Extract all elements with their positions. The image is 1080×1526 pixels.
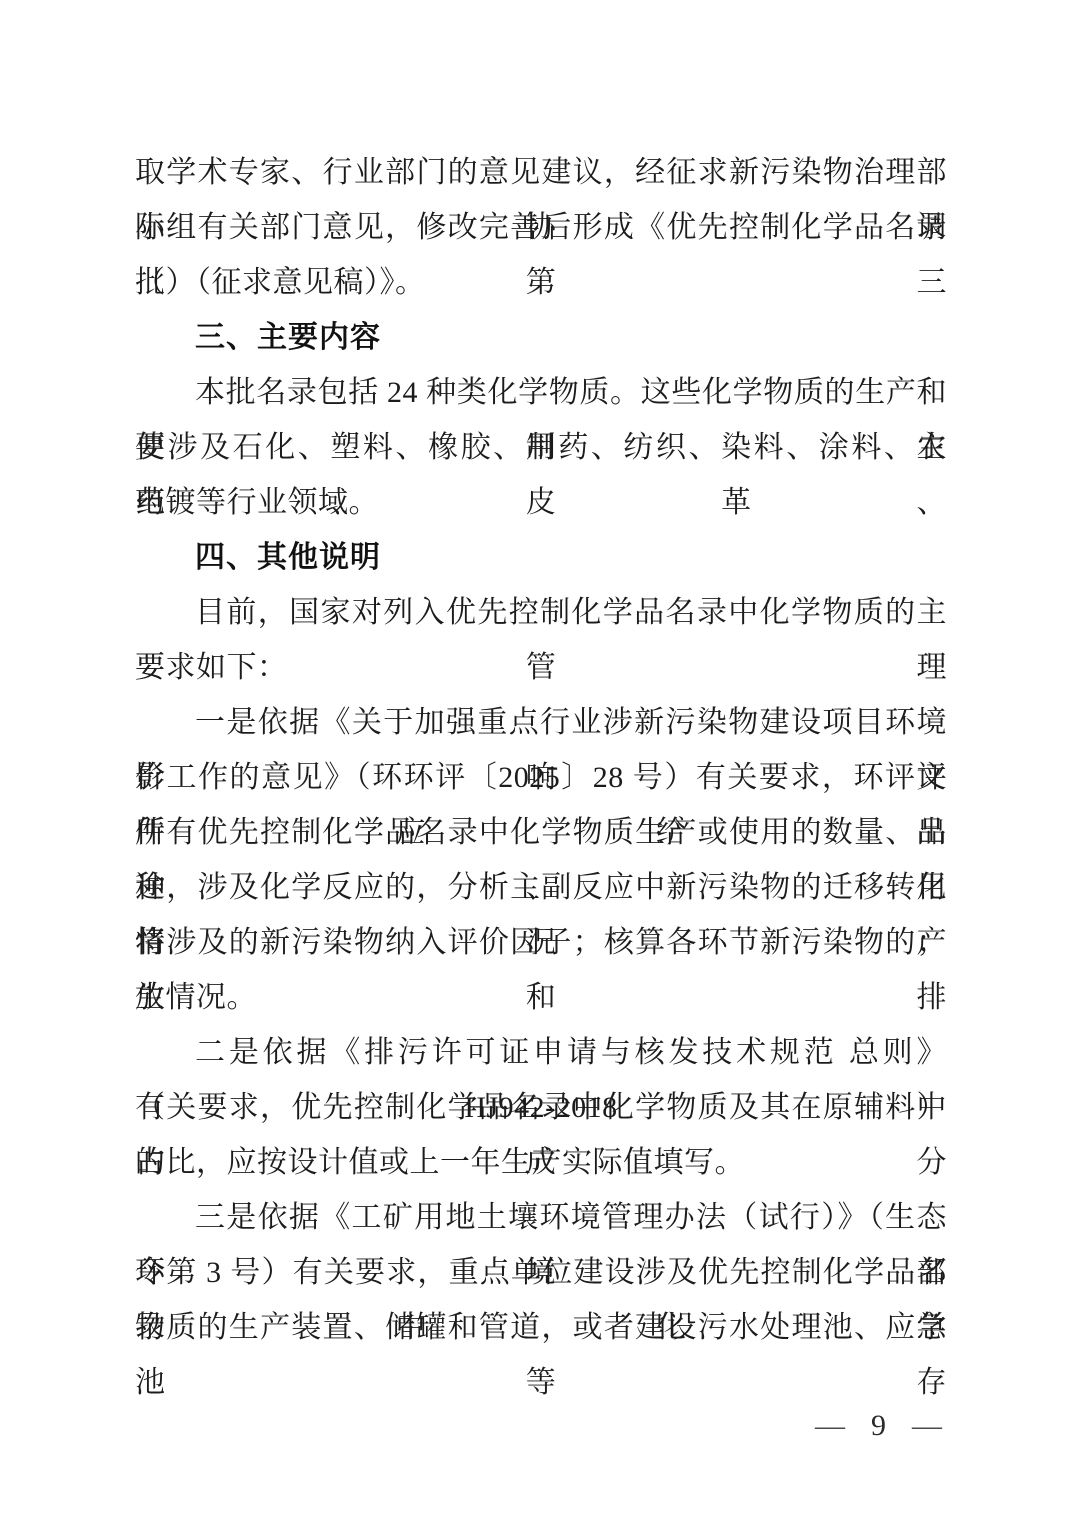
paragraph-line: 要涉及石化、塑料、橡胶、制药、纺织、染料、涂料、农药、皮革、 <box>135 420 947 475</box>
paragraph-line: 价工作的意见》（环环评〔2025〕28 号）有关要求，环评文件应给出 <box>135 750 947 805</box>
paragraph-line: 令第 3 号）有关要求，重点单位建设涉及优先控制化学品名录中化学 <box>135 1245 947 1300</box>
paragraph-line: 小组有关部门意见，修改完善后形成《优先控制化学品名录（第三 <box>135 200 947 255</box>
document-body: 取学术专家、行业部门的意见建议，经征求新污染物治理部际协调 小组有关部门意见，修… <box>135 145 947 1355</box>
footer-page-number: 9 <box>871 1398 886 1453</box>
section-heading-3: 三、主要内容 <box>135 310 947 365</box>
paragraph-line: 二是依据《排污许可证申请与核发技术规范 总则》（HJ942-2018） <box>135 1025 947 1080</box>
paragraph-line: 途，涉及化学反应的，分析主副反应中新污染物的迁移转化情况； <box>135 860 947 915</box>
footer-dash-left: — <box>815 1398 845 1453</box>
paragraph-line: 三是依据《工矿用地土壤环境管理办法（试行）》（生态环境部 <box>135 1190 947 1245</box>
paragraph-line: 物质的生产装置、储罐和管道，或者建设污水处理池、应急池等存 <box>135 1300 947 1355</box>
paragraph-line: 目前，国家对列入优先控制化学品名录中化学物质的主要管理 <box>135 585 947 640</box>
paragraph-line: 将涉及的新污染物纳入评价因子；核算各环节新污染物的产生和排 <box>135 915 947 970</box>
paragraph-line: 有关要求，优先控制化学品名录中化学物质及其在原辅料中的成分 <box>135 1080 947 1135</box>
footer-dash-right: — <box>912 1398 942 1453</box>
paragraph-line: 一是依据《关于加强重点行业涉新污染物建设项目环境影响评 <box>135 695 947 750</box>
paragraph-line: 取学术专家、行业部门的意见建议，经征求新污染物治理部际协调 <box>135 145 947 200</box>
paragraph-line: 本批名录包括 24 种类化学物质。这些化学物质的生产和使用主 <box>135 365 947 420</box>
document-page: 取学术专家、行业部门的意见建议，经征求新污染物治理部际协调 小组有关部门意见，修… <box>0 0 1080 1526</box>
paragraph-line: 所有优先控制化学品名录中化学物质生产或使用的数量、品种、用 <box>135 805 947 860</box>
page-footer: — 9 — <box>815 1398 942 1453</box>
section-heading-4: 四、其他说明 <box>135 530 947 585</box>
